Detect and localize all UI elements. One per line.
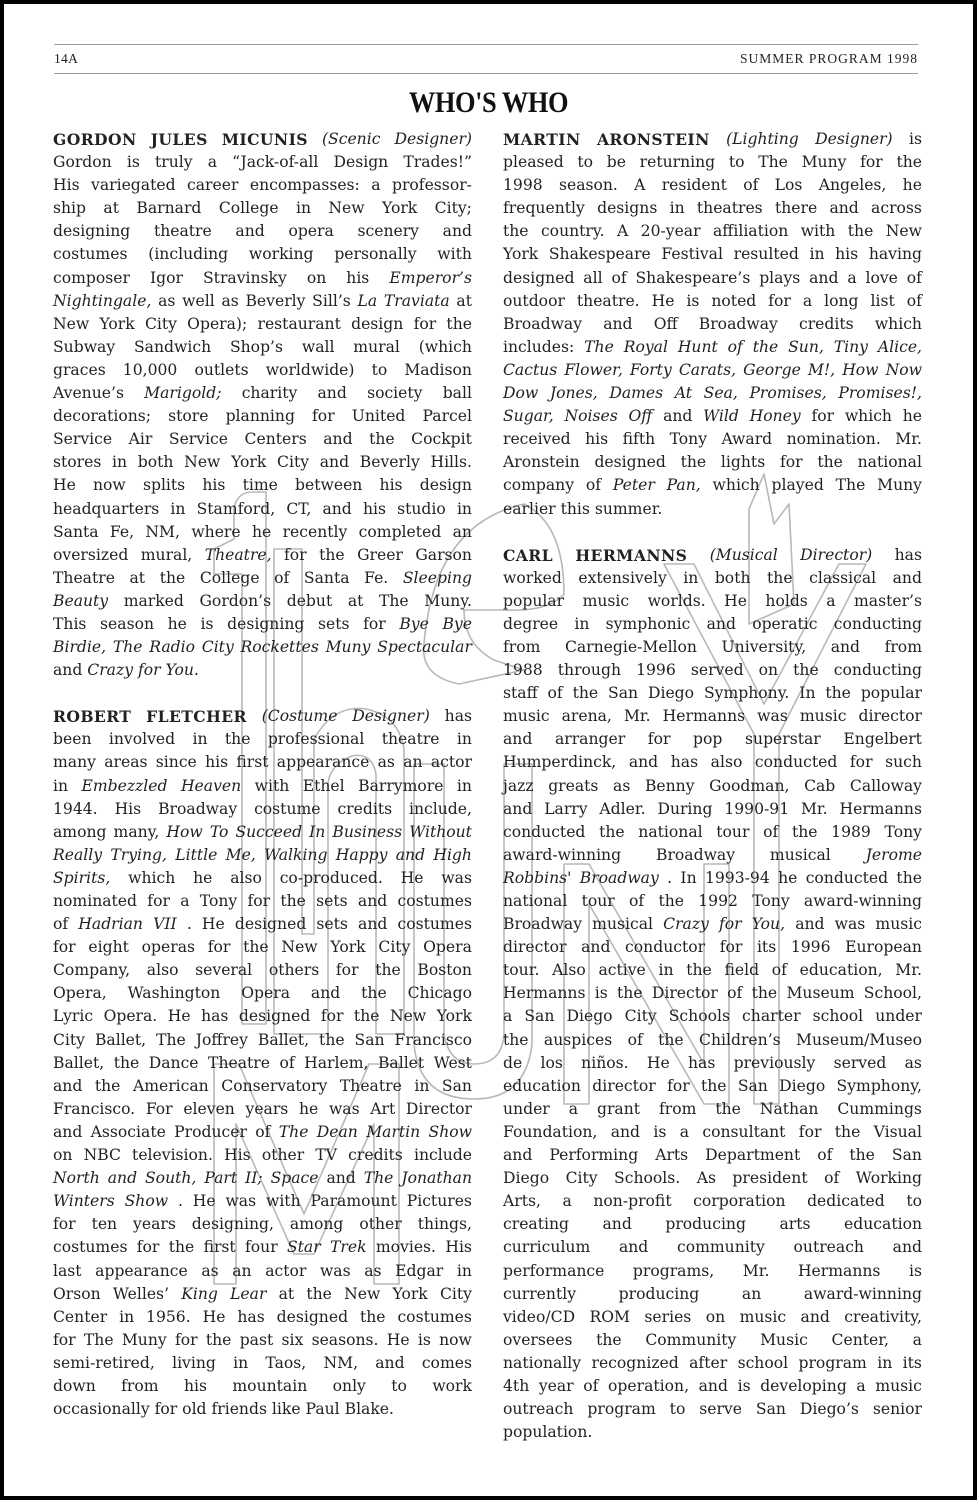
bio-martin-aronstein: MARTINARONSTEIN(LightingDesigner)is plea… — [503, 128, 922, 521]
left-column: GORDONJULESMICUNIS(ScenicDesigner) Gordo… — [53, 128, 472, 1421]
right-column: MARTINARONSTEIN(LightingDesigner)is plea… — [503, 128, 922, 1444]
bio-gordon-micunis: GORDONJULESMICUNIS(ScenicDesigner) Gordo… — [53, 128, 472, 682]
page-number: 14A — [54, 51, 78, 67]
bio-carl-hermanns: CARLHERMANNS(MusicalDirector)has workede… — [503, 544, 922, 1445]
bio-robert-fletcher: ROBERTFLETCHER(CostumeDesigner)has beeni… — [53, 705, 472, 1421]
running-header: 14A SUMMER PROGRAM 1998 — [54, 44, 918, 74]
publication-title: SUMMER PROGRAM 1998 — [740, 51, 918, 67]
page-title: WHO'S WHO — [62, 86, 915, 120]
program-page: 14A SUMMER PROGRAM 1998 WHO'S WHO GORDON… — [4, 4, 973, 1496]
